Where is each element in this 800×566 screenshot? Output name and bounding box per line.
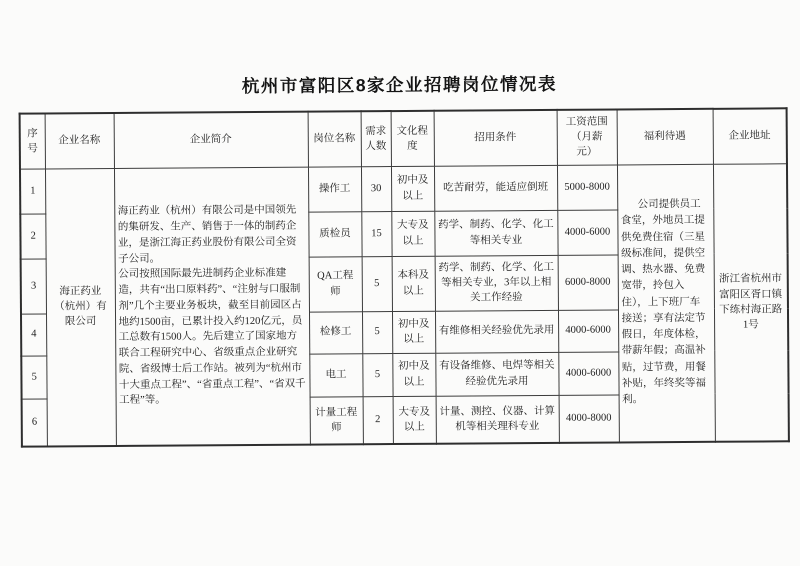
education-cell: 初中及 以上 [392,311,435,353]
header-company-intro: 企业简介 [114,112,308,168]
salary-cell: 4000-6000 [558,351,618,394]
welfare-cell: 公司提供员工食堂，外地员工提供免费住宿（三星级标准间，提供空调、热水器、免费宽带… [617,164,715,443]
serial-cell: 2 [20,213,45,258]
serial-cell: 1 [20,168,45,213]
company-intro-paragraph-1: 海正药业（杭州）有限公司是中国领先的集研发、生产、销售于一体的制药企业，是浙江海… [118,203,305,267]
position-cell: 质检员 [308,211,361,256]
headcount-cell: 5 [362,256,392,311]
education-cell: 大专及 以上 [391,211,434,256]
welfare-text: 公司提供员工食堂，外地员工提供免费住宿（三星级标准间，提供空调、热水器、免费宽带… [621,197,711,409]
serial-cell: 3 [21,258,46,313]
requirements-cell: 计量、测控、仪器、计算机等相关理科专业 [436,395,559,444]
requirements-cell: 药学、制药、化学、化工等相关专业 [434,210,557,256]
header-salary-range: 工资范围 （月薪 元） [557,109,617,164]
header-welfare: 福利待遇 [617,109,713,165]
address-cell: 浙江省杭州市富阳区胥口镇下练村海正路1号 [713,163,789,442]
education-cell: 本科及 以上 [392,256,435,311]
serial-cell: 5 [21,355,46,398]
headcount-cell: 5 [362,311,392,353]
recruitment-table: 序号 企业名称 企业简介 岗位名称 需求 人数 文化程 度 招用条件 工资范围 … [19,107,790,447]
requirements-cell: 有维修相关经验优先录用 [435,310,558,353]
header-education: 文化程 度 [391,111,434,166]
requirements-cell: 吃苦耐劳，能适应倒班 [434,165,557,211]
header-position: 岗位名称 [308,111,361,166]
table-header-row: 序号 企业名称 企业简介 岗位名称 需求 人数 文化程 度 招用条件 工资范围 … [20,108,787,168]
headcount-cell: 15 [361,211,391,256]
salary-cell: 5000-8000 [557,164,617,209]
table-row: 1 海正药业（杭州）有限公司 海正药业（杭州）有限公司是中国领先的集研发、生产、… [20,163,787,213]
position-cell: 检修工 [309,311,362,353]
header-serial: 序号 [20,113,45,168]
header-address: 企业地址 [713,108,787,164]
education-cell: 初中及 以上 [392,353,435,396]
requirements-cell: 有设备维修、电焊等相关经验优先录用 [435,352,558,396]
education-cell: 大专及 以上 [393,396,436,444]
position-cell: 电工 [309,353,362,396]
serial-cell: 4 [21,313,46,355]
salary-cell: 6000-8000 [558,254,618,309]
serial-cell: 6 [22,398,47,446]
headcount-cell: 30 [361,166,391,211]
header-requirements: 招用条件 [434,110,557,166]
company-intro-paragraph-2: 公司按照国际最先进制药企业标准建造，共有“出口原料药”、“注射与口服制剂”几个主… [118,266,306,409]
header-company-name: 企业名称 [45,113,114,168]
salary-cell: 4000-6000 [557,209,617,254]
position-cell: 操作工 [308,166,361,211]
page-title: 杭州市富阳区8家企业招聘岗位情况表 [0,69,799,100]
headcount-cell: 5 [362,353,392,396]
requirements-cell: 药学、制药、化学、化工等相关专业，3年以上相关工作经验 [435,255,558,311]
position-cell: QA工程师 [309,256,362,311]
salary-cell: 4000-8000 [559,394,619,442]
company-intro-cell: 海正药业（杭州）有限公司是中国领先的集研发、生产、销售于一体的制药企业，是浙江海… [114,167,310,446]
header-headcount: 需求 人数 [361,111,391,166]
headcount-cell: 2 [363,396,393,444]
company-name-cell: 海正药业（杭州）有限公司 [45,168,116,446]
salary-cell: 4000-6000 [558,309,618,351]
education-cell: 初中及 以上 [391,166,434,211]
position-cell: 计量工程师 [310,396,363,444]
scanned-document-page: 杭州市富阳区8家企业招聘岗位情况表 序号 企业名称 企业简介 岗位名称 需求 人… [0,0,800,566]
